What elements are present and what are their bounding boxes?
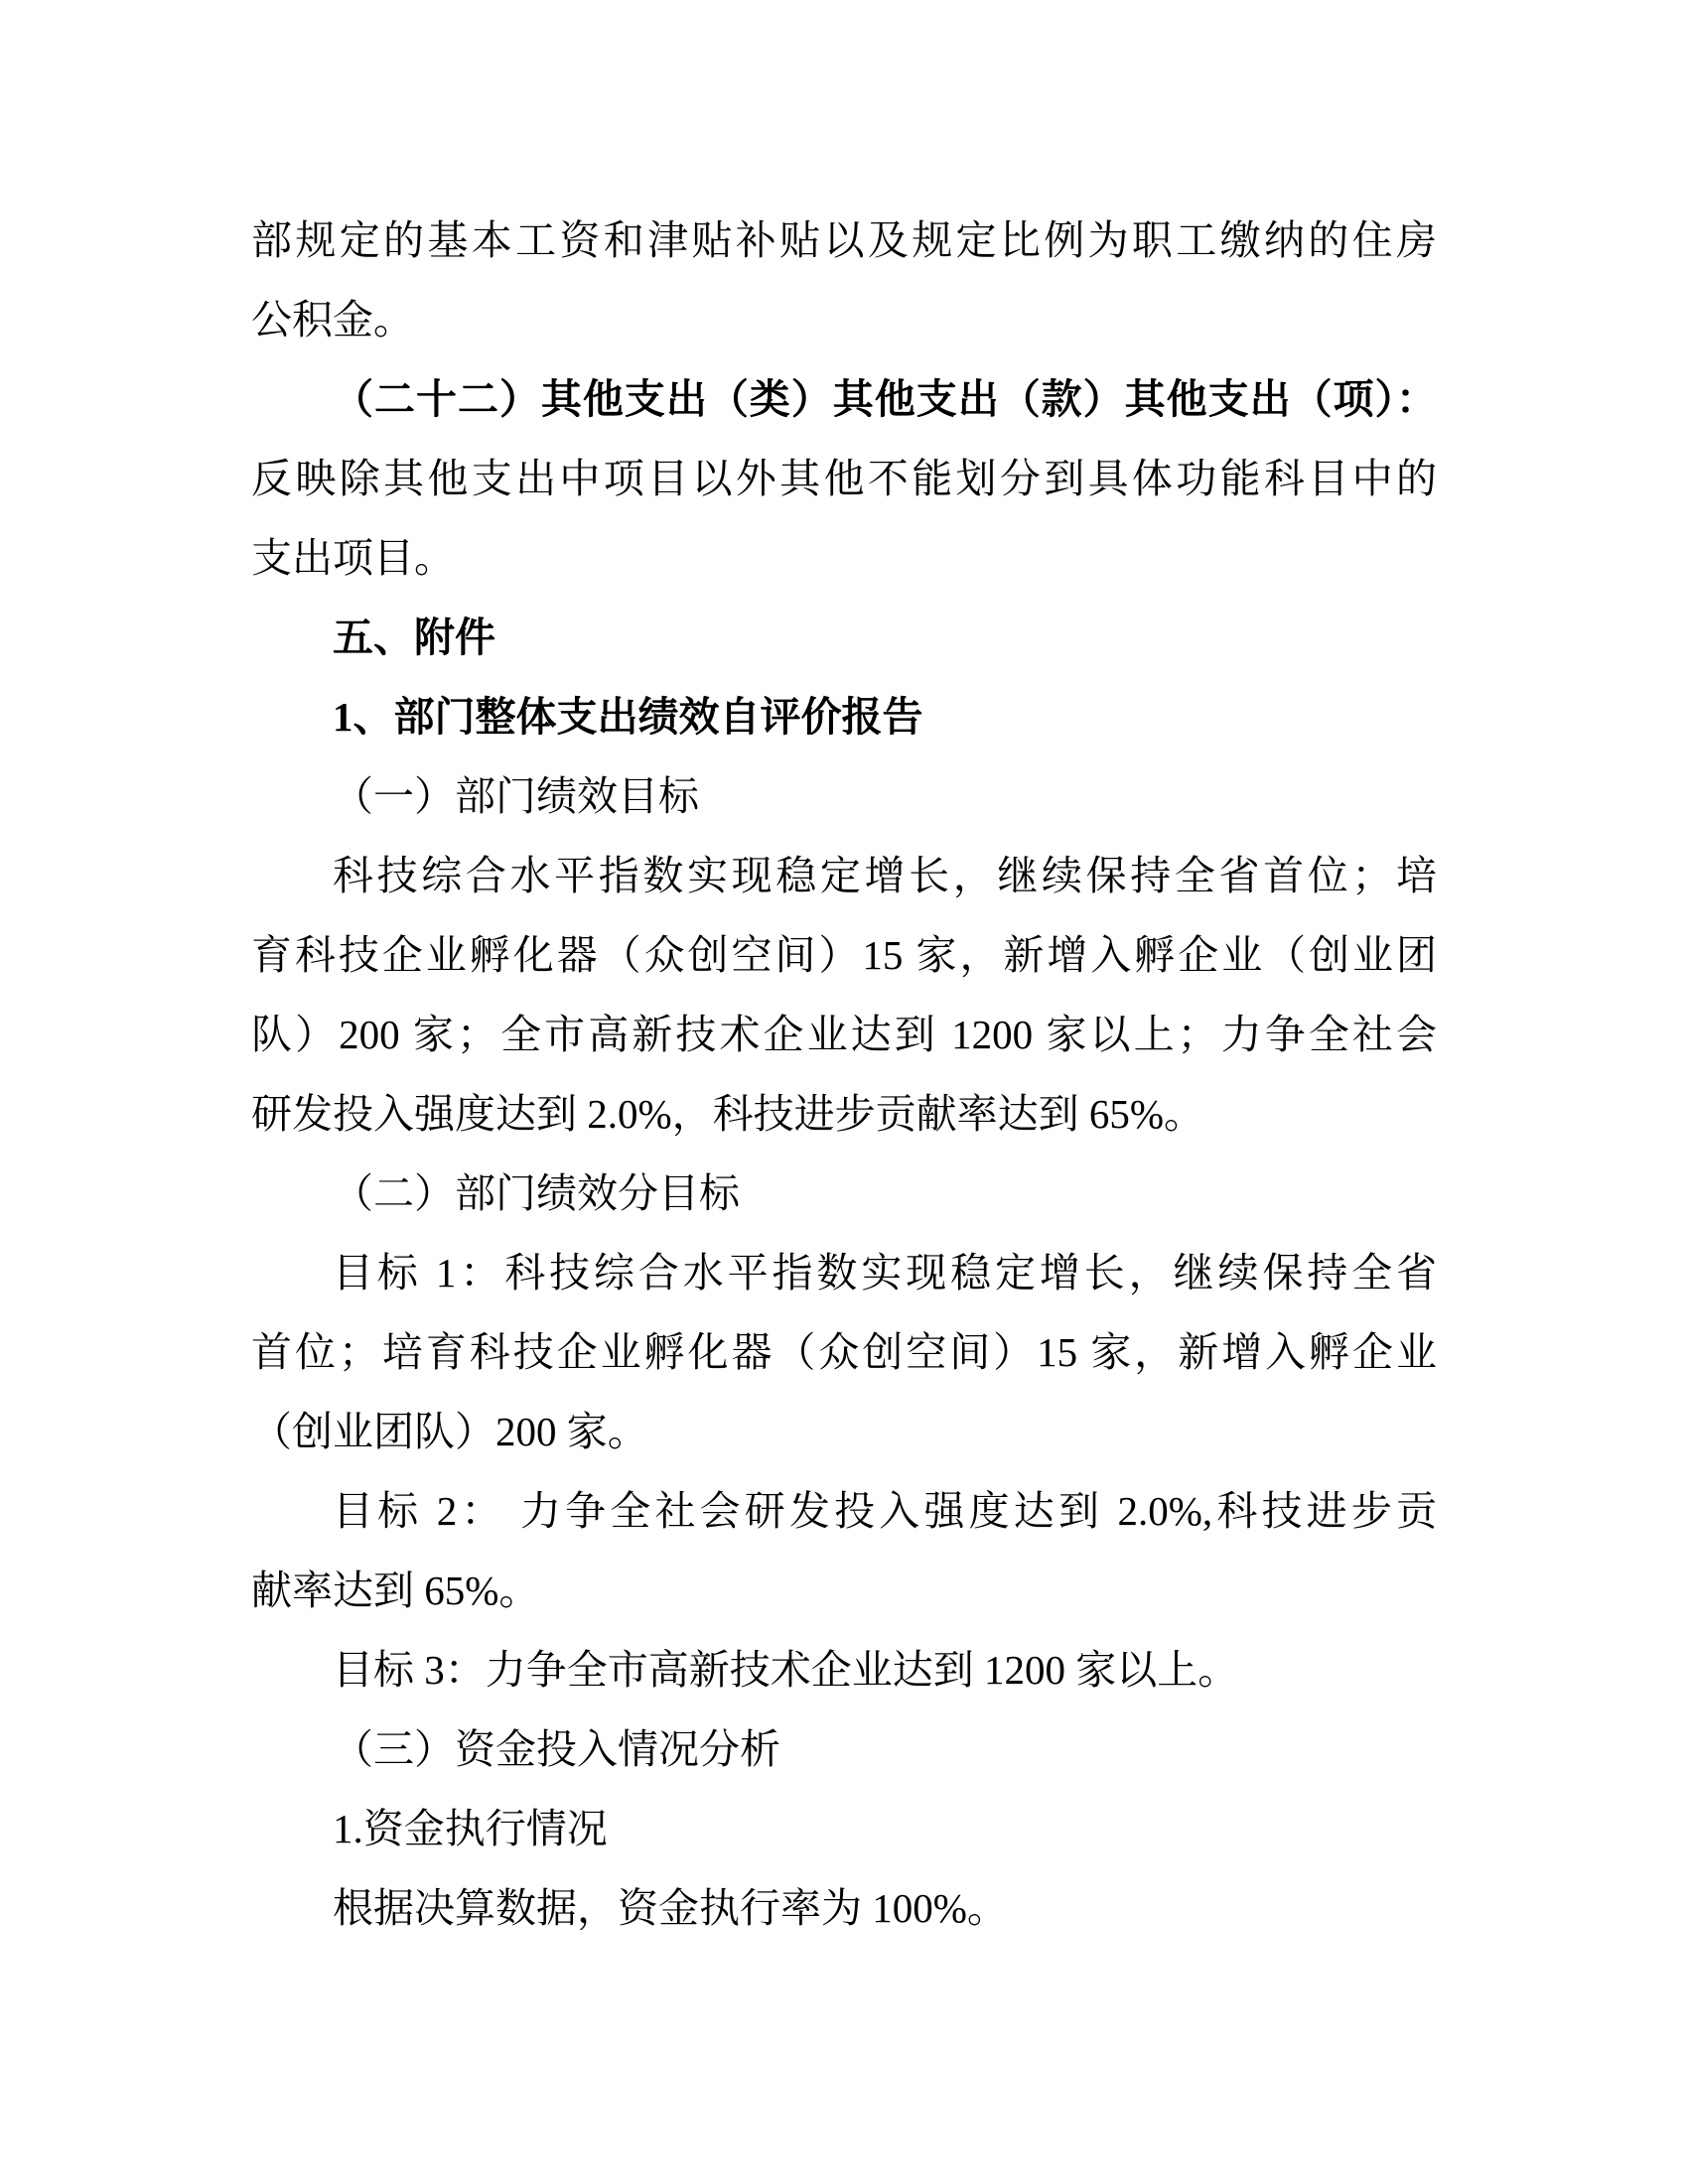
text-line: 根据决算数据，资金执行率为 100%。	[251, 1868, 1437, 1948]
text-line: 反映除其他支出中项目以外其他不能划分到具体功能科目中的	[251, 439, 1437, 518]
text-line: 部规定的基本工资和津贴补贴以及规定比例为职工缴纳的住房	[251, 201, 1437, 280]
text-line: 育科技企业孵化器（众创空间）15 家，新增入孵企业（创业团	[251, 915, 1437, 995]
text-line: 1.资金执行情况	[251, 1789, 1437, 1868]
text-line: 研发投入强度达到 2.0%，科技进步贡献率达到 65%。	[251, 1074, 1437, 1154]
text-line: 献率达到 65%。	[251, 1551, 1437, 1630]
text-line: 目标 3：力争全市高新技术企业达到 1200 家以上。	[251, 1630, 1437, 1709]
text-line: （二）部门绩效分目标	[251, 1154, 1437, 1233]
text-line: 1、部门整体支出绩效自评价报告	[251, 677, 1437, 756]
text-line: （一）部门绩效目标	[251, 756, 1437, 836]
text-line: （二十二）其他支出（类）其他支出（款）其他支出（项）：	[251, 359, 1437, 439]
text-line: 五、附件	[251, 598, 1437, 677]
text-line: 科技综合水平指数实现稳定增长，继续保持全省首位；培	[251, 836, 1437, 915]
text-line: 公积金。	[251, 280, 1437, 359]
text-line: 首位；培育科技企业孵化器（众创空间）15 家，新增入孵企业	[251, 1312, 1437, 1392]
text-line: （创业团队）200 家。	[251, 1392, 1437, 1471]
text-line: （三）资金投入情况分析	[251, 1709, 1437, 1789]
text-line: 支出项目。	[251, 518, 1437, 598]
document-page: 部规定的基本工资和津贴补贴以及规定比例为职工缴纳的住房公积金。（二十二）其他支出…	[0, 0, 1688, 2184]
text-line: 目标 2： 力争全社会研发投入强度达到 2.0%,科技进步贡	[251, 1471, 1437, 1551]
text-line: 队）200 家；全市高新技术企业达到 1200 家以上；力争全社会	[251, 995, 1437, 1074]
text-line: 目标 1：科技综合水平指数实现稳定增长，继续保持全省	[251, 1233, 1437, 1312]
document-body: 部规定的基本工资和津贴补贴以及规定比例为职工缴纳的住房公积金。（二十二）其他支出…	[251, 201, 1437, 1948]
